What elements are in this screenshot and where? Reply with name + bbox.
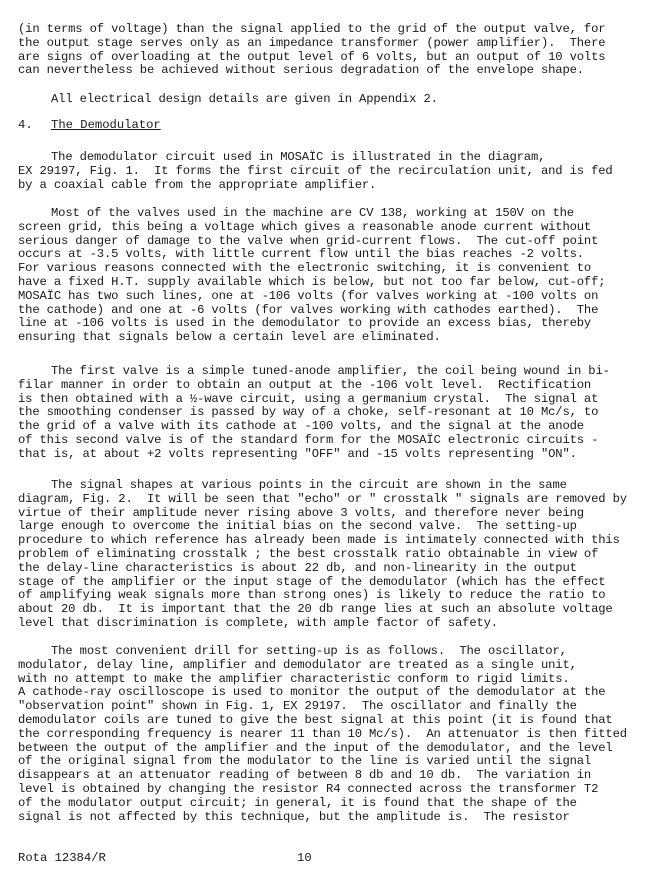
text-line: procedure to which reference has already… <box>18 533 620 547</box>
text-line: of the modulator output circuit; in gene… <box>18 796 577 810</box>
text-line: virtue of their amplitude never rising a… <box>18 506 584 520</box>
text-line: All electrical design details are given … <box>51 92 438 106</box>
text-line: The signal shapes at various points in t… <box>51 478 567 492</box>
text-line: that is, at about +2 volts representing … <box>18 447 577 461</box>
text-line: of amplifying weak signals more than str… <box>18 588 605 602</box>
text-line: diagram, Fig. 2. It will be seen that "e… <box>18 492 627 506</box>
text-line: signal is not affected by this technique… <box>18 810 570 824</box>
text-line: the corresponding frequency is nearer 11… <box>18 727 627 741</box>
text-line: of this second valve is of the standard … <box>18 433 598 447</box>
text-line: The most convenient drill for setting-up… <box>51 644 567 658</box>
text-line: between the output of the amplifier and … <box>18 741 613 755</box>
text-line: demodulator coils are tuned to give the … <box>18 713 613 727</box>
text-line: MOSAÏC has two such lines, one at -106 v… <box>18 289 598 303</box>
text-line: filar manner in order to obtain an outpu… <box>18 378 591 392</box>
text-line: the cathode) and one at -6 volts (for va… <box>18 303 598 317</box>
text-line: about 20 db. It is important that the 20… <box>18 602 613 616</box>
text-line: large enough to overcome the initial bia… <box>18 519 577 533</box>
text-line: stage of the amplifier or the input stag… <box>18 575 605 589</box>
text-line: "observation point" shown in Fig. 1, EX … <box>18 699 577 713</box>
text-line: The first valve is a simple tuned-anode … <box>51 364 610 378</box>
text-line: serious danger of damage to the valve wh… <box>18 234 598 248</box>
text-line: the output stage serves only as an imped… <box>18 36 605 50</box>
text-line: A cathode-ray oscilloscope is used to mo… <box>18 685 605 699</box>
text-line: ensuring that signals below a certain le… <box>18 330 441 344</box>
text-line: can nevertheless be achieved without ser… <box>18 63 584 77</box>
text-line: problem of eliminating crosstalk ; the b… <box>18 547 598 561</box>
text-line: EX 29197, Fig. 1. It forms the first cir… <box>18 164 613 178</box>
text-line: the smoothing condenser is passed by way… <box>18 405 598 419</box>
text-line: (in terms of voltage) than the signal ap… <box>18 22 605 36</box>
page-number: 10 <box>297 851 312 865</box>
text-line: by a coaxial cable from the appropriate … <box>18 178 376 192</box>
text-line: Most of the valves used in the machine a… <box>51 206 574 220</box>
text-line: modulator, delay line, amplifier and dem… <box>18 658 577 672</box>
section-number: 4. <box>18 118 33 132</box>
text-line: the delay-line characteristics is about … <box>18 561 577 575</box>
text-line: have a fixed H.T. supply available which… <box>18 275 605 289</box>
text-line: with no attempt to make the amplifier ch… <box>18 672 570 686</box>
text-line: line at -106 volts is used in the demodu… <box>18 316 591 330</box>
text-line: the grid of a valve with its cathode at … <box>18 419 584 433</box>
document-page: (in terms of voltage) than the signal ap… <box>0 0 650 873</box>
text-line: occurs at -3.5 volts, with little curren… <box>18 247 584 261</box>
text-line: level is obtained by changing the resist… <box>18 782 598 796</box>
document-reference: Rota 12384/R <box>18 851 106 865</box>
text-line: level that discrimination is complete, w… <box>18 616 498 630</box>
text-line: For various reasons connected with the e… <box>18 261 591 275</box>
text-line: screen grid, this being a voltage which … <box>18 220 591 234</box>
text-line: of the original signal from the modulato… <box>18 754 591 768</box>
text-line: disappears at an attenuator reading of b… <box>18 768 591 782</box>
text-line: The demodulator circuit used in MOSAÏC i… <box>51 150 545 164</box>
section-title: The Demodulator <box>51 118 161 132</box>
text-line: are signs of overloading at the output l… <box>18 50 605 64</box>
text-line: is then obtained with a ½-wave circuit, … <box>18 392 598 406</box>
